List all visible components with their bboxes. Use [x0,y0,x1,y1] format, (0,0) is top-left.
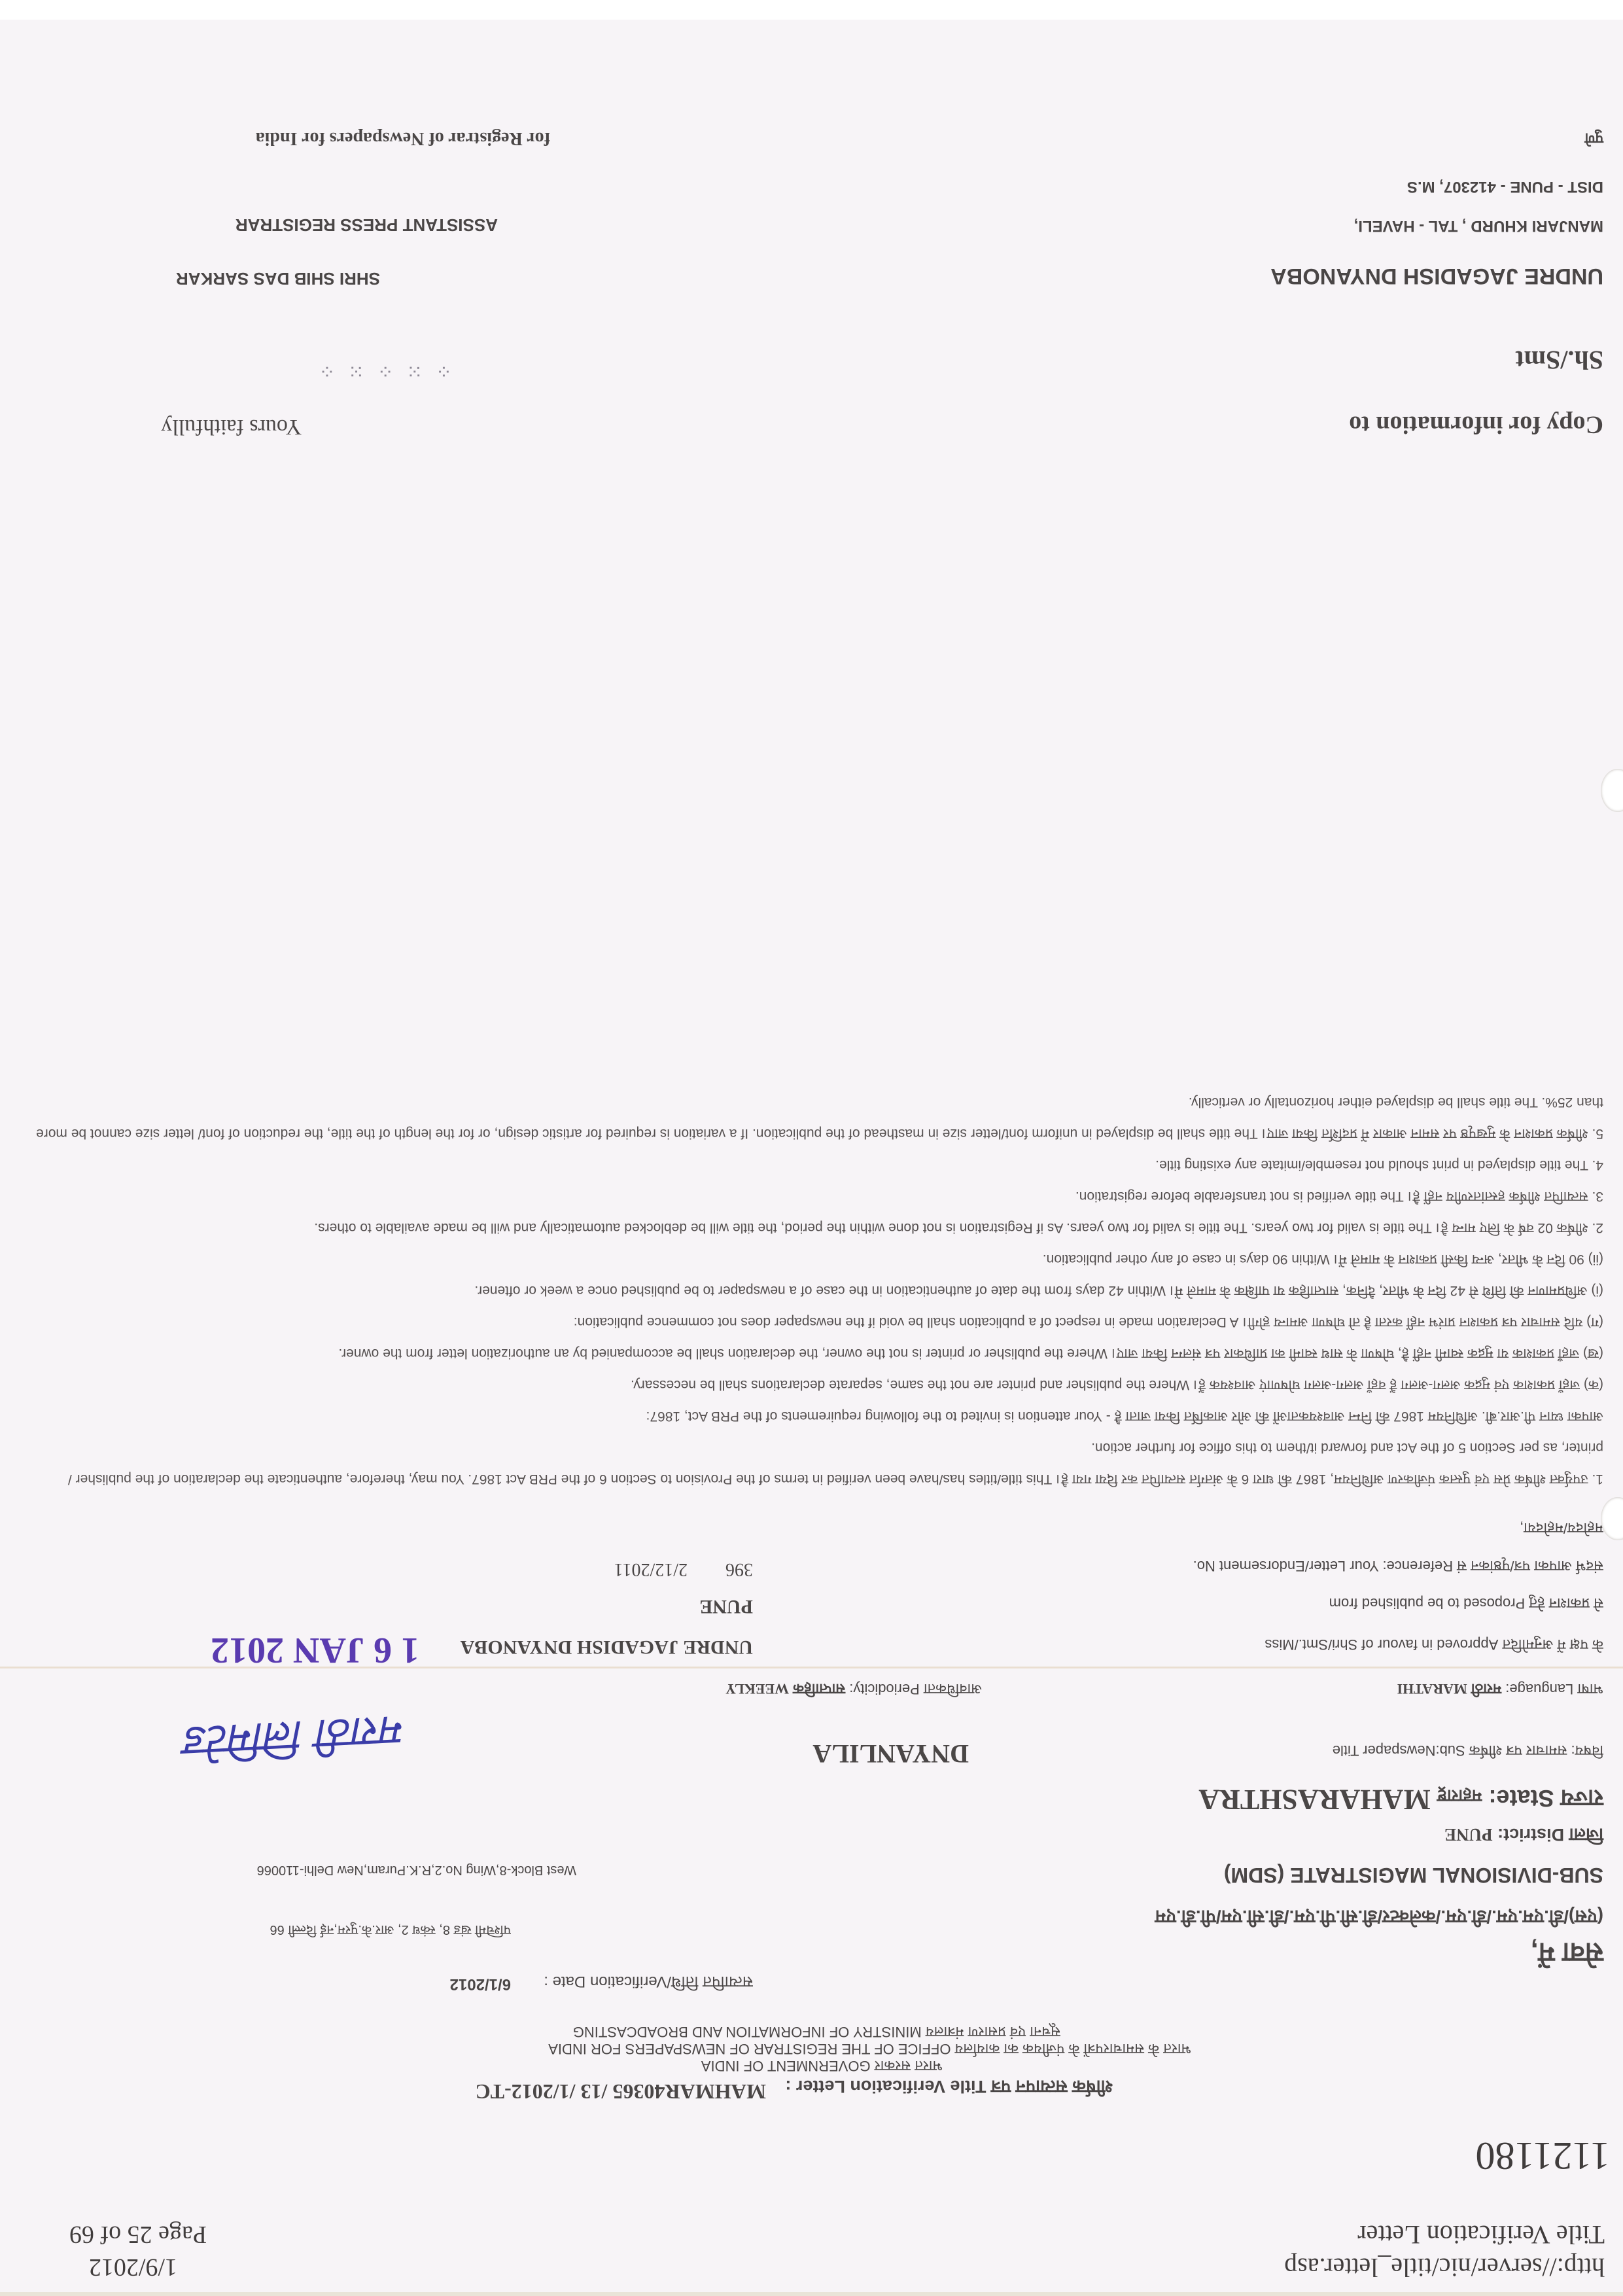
copy-to-label: Copy for information to [1349,410,1603,439]
ministry-line: सूचना एवं प्रसारण मंत्रालय MINISTRY OF I… [573,2022,1060,2042]
title-label: विषय: समाचार पत्र शीर्षक Sub:Newspaper T… [1333,1741,1603,1761]
paragraph-c-ii: (ii) 90 दिन के भीतर, अन्य किसी प्रकाशन क… [27,1243,1603,1275]
recipient-address-1: MANJARI KHURD , TAL - HAVELI, [1354,217,1603,235]
salutation: महोदय/महोदया, [1520,1519,1603,1538]
paragraph-5: 5. शीर्षक प्रकाशन के मुखपृष्ठ पर समान आक… [27,1086,1603,1149]
reference-date: 2/12/2011 [614,1559,688,1580]
scan-margin-bottom [0,0,1623,20]
closing: Yours faithfully [161,414,302,439]
reference-number: 1121180 [1475,2133,1610,2178]
reference-label: संदर्भ आपका पत्र/पृष्ठांकन सं Reference:… [1193,1557,1603,1576]
periodicity-label: आवधिकता Periodicity: [849,1681,982,1697]
letter-number: MAHMAR40365 /13 /1/2012-TC [476,2079,766,2104]
office-line: भारत के समाचारपत्रों के पंजीयक का कार्या… [548,2040,1191,2059]
copy-to-salutation: Sh./Smt [1516,345,1604,376]
scan-edge-top [0,2292,1623,2296]
signatory-designation: ASSISTANT PRESS REGISTRAR [236,215,498,235]
address-hindi: पश्चिमी खंड 8, स्कंध 2, आर.के.पुरम,नई दि… [270,1922,511,1939]
to-hindi: (एस)/डी.एम.एम./डी.एम./कलेक्टर/डी.सी.पी.ए… [1155,1905,1603,1930]
paragraph-3: 3. सत्यापित शीर्षक हस्तांतरणीय नहीं है। … [27,1180,1603,1212]
language-field: भाषा Language: मराठी MARATHI [1397,1680,1603,1699]
address-english: West Block-8,Wing No.2,R.K.Puram,New Del… [257,1862,576,1877]
state-field: राज्य State: महाराष्ट्र MAHARASHTRA [1198,1783,1603,1816]
newspaper-title: DNYANLILA [812,1739,969,1769]
received-date-stamp: 1 6 JAN 2012 [211,1629,419,1671]
print-date: 1/9/2012 [89,2253,177,2282]
paragraph-4: 4. The title displayed in print should n… [27,1149,1603,1180]
handwritten-note: मराठी लिमिटेड [185,1703,408,1771]
paragraph-b: (ख) जहाँ प्रकाशक या मुद्रक स्वामी नहीं ह… [27,1337,1603,1369]
paragraph-c: (ग) यदि समाचार पत्र प्रकाशन प्रारंभ नहीं… [27,1306,1603,1337]
district-label: जिला District: [1497,1825,1603,1845]
verification-date: 6/1/2012 [450,1975,511,1993]
verification-date-label: सत्यापित तिथि/Verification Date : [544,1971,753,1993]
periodicity-hindi: साप्ताहिक [793,1681,845,1697]
paragraph-2: 2. शीर्षक 02 वर्ष के लिए मान्य है। The t… [27,1212,1603,1243]
body-paragraphs: 1. उपर्युक्त शीर्षक प्रेस एवं पुस्तक पंज… [27,1086,1603,1494]
district-field: जिला District: PUNE [1444,1824,1603,1848]
language-value: MARATHI [1397,1681,1467,1697]
authority: SUB-DIVISIONAL MAGISTRATE (SDM) [1224,1863,1603,1887]
recipient-name: UNDRE JAGADISH DNYANOBA [1270,263,1603,289]
paragraph-act-requirements: आपका ध्यान पी.आर.बी. अधिनियम 1867 की निम… [27,1400,1603,1432]
place-label: से प्रकाशन हेतु Proposed to be published… [1329,1594,1603,1614]
state-hindi: महाराष्ट्र [1437,1786,1482,1806]
periodicity-value: WEEKLY [725,1681,789,1697]
approved-name: UNDRE JAGADISH DNYANOBA [461,1636,753,1658]
paragraph-a: (क) जहाँ प्रकाशक एवं मुद्रक अलग-अलग हैं … [27,1369,1603,1400]
print-url: http://server/nic/title_letter.asp [1284,2252,1605,2283]
signature-mark: ⁘ ⁙ ⁘ ⁙ ⁘ [315,359,452,382]
punch-hole-top [1601,1497,1623,1540]
state-label: राज्य State: [1488,1785,1603,1812]
signatory-for: for Registrar of Newspapers for India [256,128,550,149]
district-value: PUNE [1444,1825,1493,1845]
recipient-address-2: DIST - PUNE - 412307, M.S [1407,177,1603,196]
approved-label: के पक्ष में अनुमोदित Approved in favour … [1265,1635,1603,1655]
recipient-city: पुणे [1585,129,1603,149]
print-page-title: Title Verification Letter [1357,2219,1605,2250]
place-value: PUNE [699,1595,753,1617]
reference-no: 396 [725,1559,753,1580]
punch-hole-bottom [1601,769,1623,812]
paragraph-c-i: (i) अधिप्रमाणन की तिथि से 42 दिन के भीतर… [27,1275,1603,1306]
gov-line: भारत सरकार GOVERNMENT OF INDIA [701,2057,943,2076]
to-prefix: सेवा में, [1531,1935,1603,1972]
letter-number-label: शीर्षक सत्यापन पत्र Title Verification L… [785,2075,1113,2100]
signatory-name: SHRI SHIB DAS SARKAR [176,268,380,289]
paragraph-1: 1. उपर्युक्त शीर्षक प्रेस एवं पुस्तक पंज… [27,1432,1603,1494]
state-value: MAHARASHTRA [1198,1784,1430,1816]
periodicity-field: आवधिकता Periodicity: साप्ताहिक WEEKLY [725,1680,982,1699]
language-hindi: मराठी [1471,1681,1501,1697]
scanned-letter-page: http://server/nic/title_letter.asp Title… [0,0,1623,2296]
print-page-number: Page 25 of 69 [69,2220,207,2249]
language-label: भाषा Language: [1505,1681,1603,1697]
